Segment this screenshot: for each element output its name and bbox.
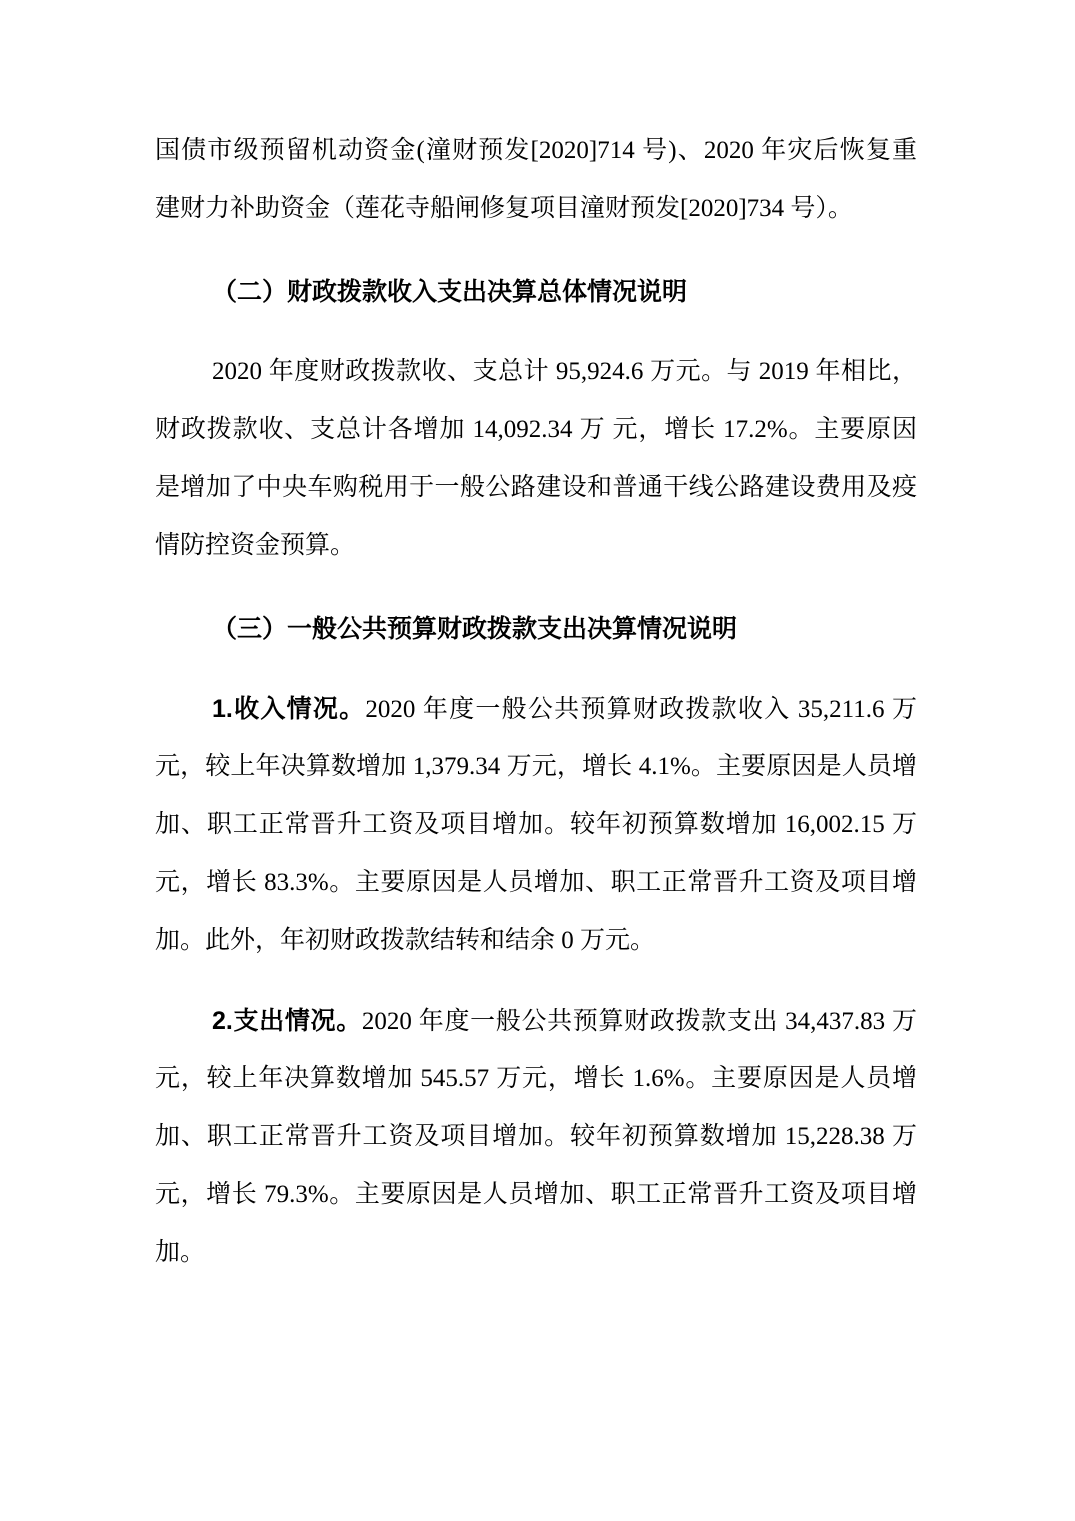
intro-paragraph: 国债市级预留机动资金(潼财预发[2020]714 号)、2020 年灾后恢复重 … <box>155 122 917 238</box>
income-line-1-text: 2020 年度一般公共预算财政拨款收入 35,211.6 万 <box>365 696 917 723</box>
income-line-2: 元，较上年决算数增加 1,379.34 万元，增长 4.1%。主要原因是人员增 <box>155 738 917 796</box>
expense-paragraph: 2.支出情况。2020 年度一般公共预算财政拨款支出 34,437.83 万 元… <box>155 992 917 1282</box>
section-2-line-4: 情防控资金预算。 <box>155 517 917 575</box>
section-2-line-2: 财政拨款收、支总计各增加 14,092.34 万 元，增长 17.2%。主要原因 <box>155 401 917 459</box>
section-2-line-1: 2020 年度财政拨款收、支总计 95,924.6 万元。与 2019 年相比， <box>155 343 917 401</box>
section-2-paragraph: 2020 年度财政拨款收、支总计 95,924.6 万元。与 2019 年相比，… <box>155 343 917 575</box>
expense-line-3: 加、职工正常晋升工资及项目增加。较年初预算数增加 15,228.38 万 <box>155 1108 917 1166</box>
income-label: 1.收入情况。 <box>212 695 365 723</box>
income-line-5: 加。此外，年初财政拨款结转和结余 0 万元。 <box>155 912 917 970</box>
expense-label: 2.支出情况。 <box>212 1007 362 1035</box>
income-paragraph: 1.收入情况。2020 年度一般公共预算财政拨款收入 35,211.6 万 元，… <box>155 680 917 970</box>
income-line-3: 加、职工正常晋升工资及项目增加。较年初预算数增加 16,002.15 万 <box>155 796 917 854</box>
expense-line-4: 元，增长 79.3%。主要原因是人员增加、职工正常晋升工资及项目增 <box>155 1166 917 1224</box>
document-page: 国债市级预留机动资金(潼财预发[2020]714 号)、2020 年灾后恢复重 … <box>0 0 1075 1521</box>
expense-line-1-text: 2020 年度一般公共预算财政拨款支出 34,437.83 万 <box>362 1008 917 1035</box>
expense-line-1: 2.支出情况。2020 年度一般公共预算财政拨款支出 34,437.83 万 <box>155 992 917 1050</box>
section-3-heading: （三）一般公共预算财政拨款支出决算情况说明 <box>155 600 917 658</box>
intro-line-2: 建财力补助资金（莲花寺船闸修复项目潼财预发[2020]734 号）。 <box>155 180 917 238</box>
income-line-1: 1.收入情况。2020 年度一般公共预算财政拨款收入 35,211.6 万 <box>155 680 917 738</box>
intro-line-1: 国债市级预留机动资金(潼财预发[2020]714 号)、2020 年灾后恢复重 <box>155 122 917 180</box>
expense-line-2: 元，较上年决算数增加 545.57 万元，增长 1.6%。主要原因是人员增 <box>155 1050 917 1108</box>
section-2-heading: （二）财政拨款收入支出决算总体情况说明 <box>155 263 917 321</box>
section-2-line-3: 是增加了中央车购税用于一般公路建设和普通干线公路建设费用及疫 <box>155 459 917 517</box>
expense-line-5: 加。 <box>155 1224 917 1282</box>
income-line-4: 元，增长 83.3%。主要原因是人员增加、职工正常晋升工资及项目增 <box>155 854 917 912</box>
